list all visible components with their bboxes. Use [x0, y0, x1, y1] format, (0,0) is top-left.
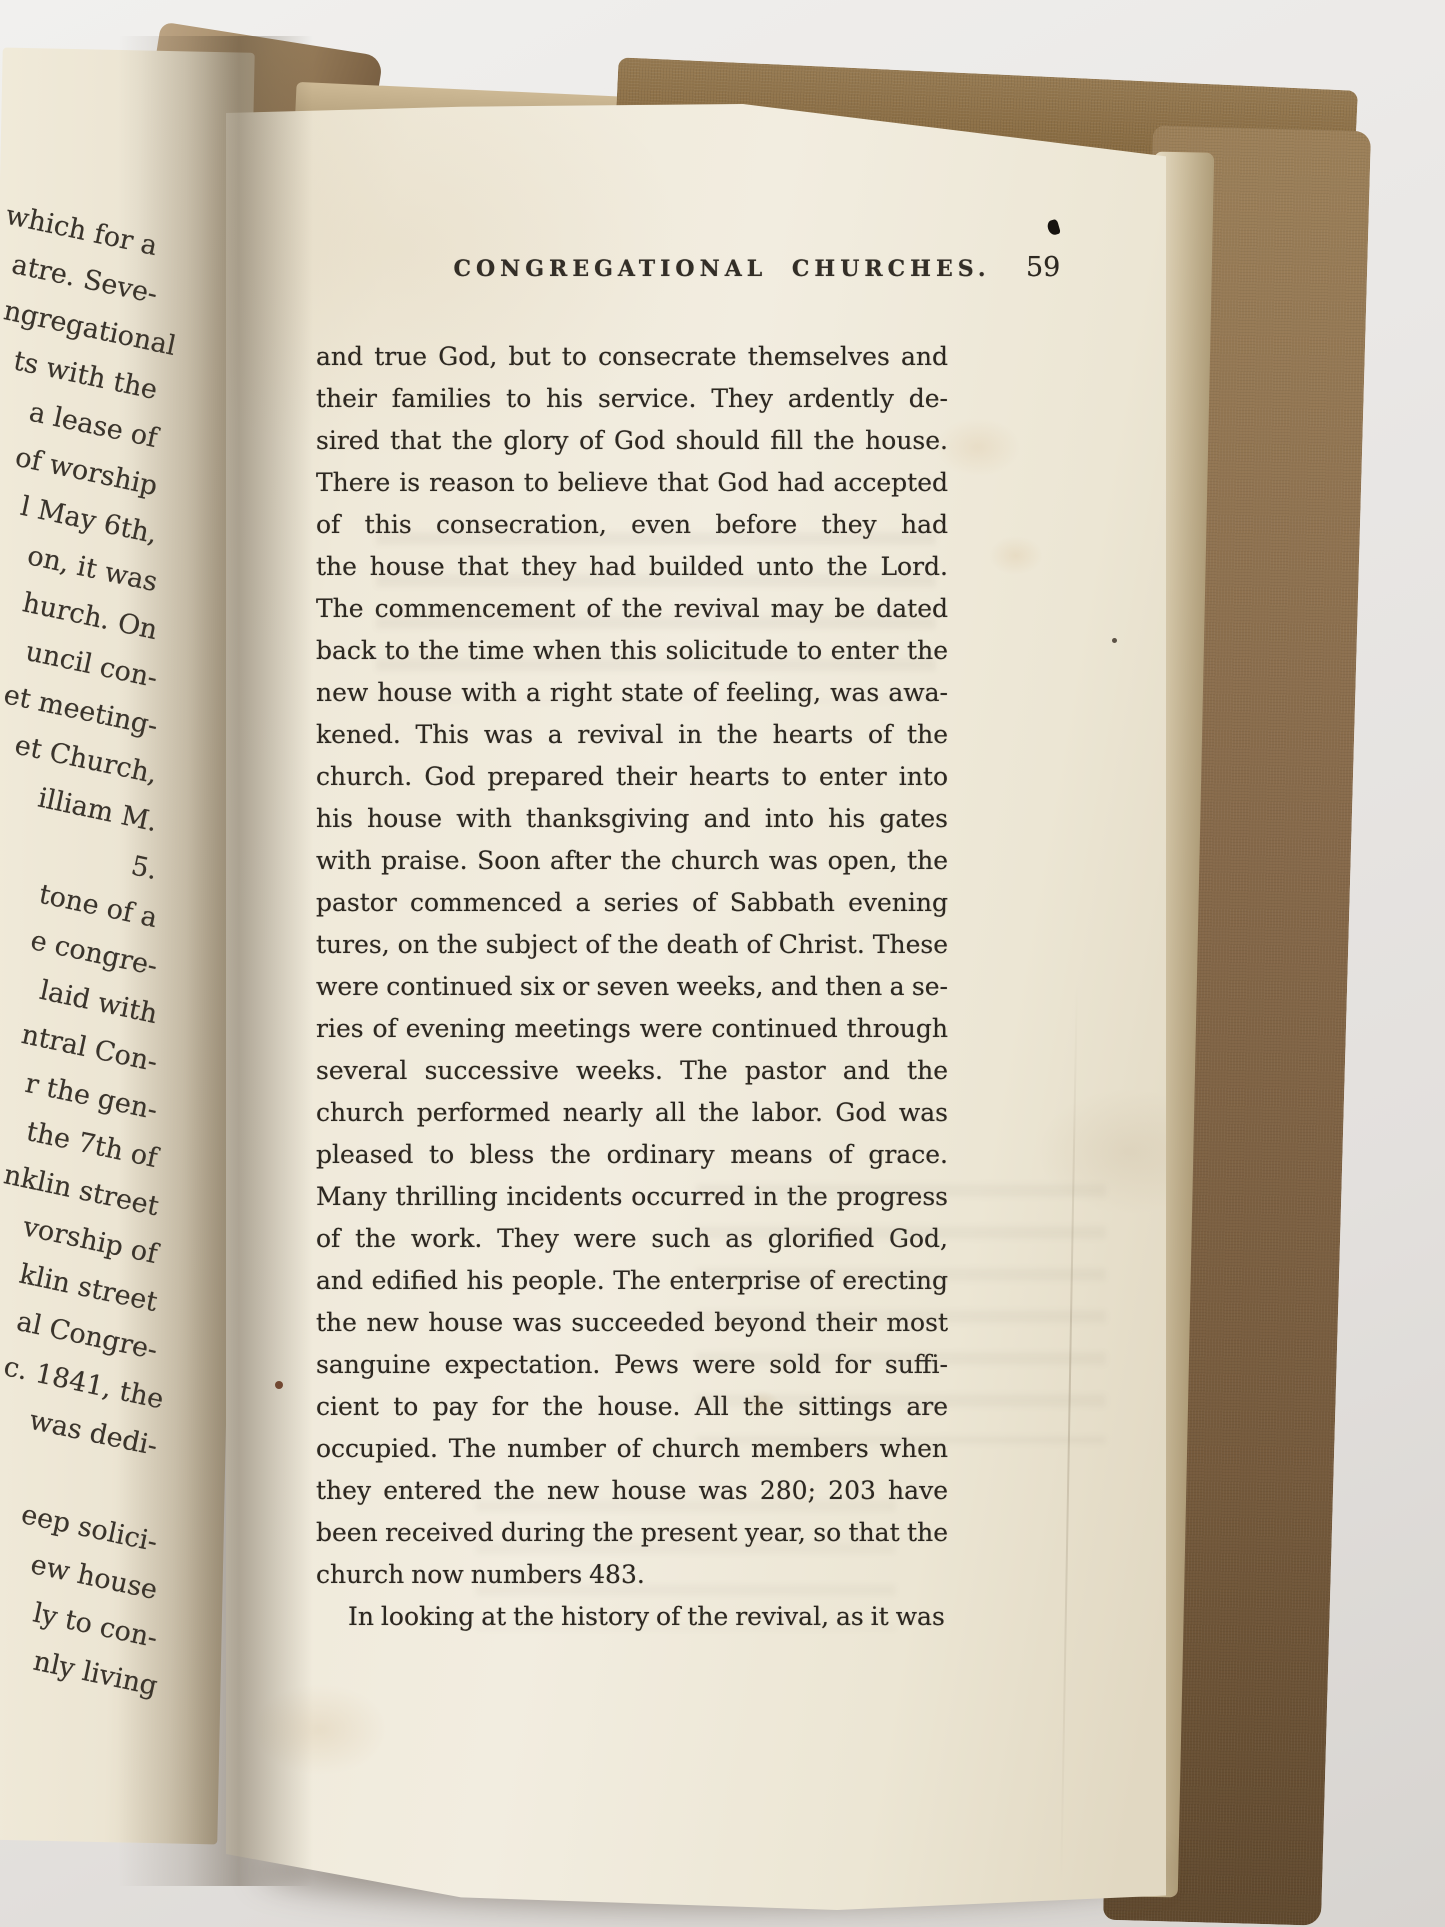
body-text-line: several successive weeks. The pastor and…: [316, 1050, 948, 1092]
body-text-line: the house that they had builded unto the…: [316, 546, 948, 588]
right-page: CONGREGATIONAL CHURCHES. 59 and true God…: [226, 104, 1166, 1910]
body-text-line: church. God prepared their hearts to ent…: [316, 756, 948, 798]
body-text-line: church performed nearly all the labor. G…: [316, 1092, 948, 1134]
body-text-line: of the work. They were such as glorified…: [316, 1218, 948, 1260]
page-crease: [1060, 984, 1078, 1884]
left-page-text-fragment: which for aatre. Seve-ngregationalts wit…: [0, 228, 164, 1716]
body-paragraph: In looking at the history of the revival…: [316, 1596, 948, 1638]
body-text-line: kened. This was a revival in the hearts …: [316, 714, 948, 756]
body-text-line: were continued six or seven weeks, and t…: [316, 966, 948, 1008]
body-text-line: with praise. Soon after the church was o…: [316, 840, 948, 882]
book-photo: which for aatre. Seve-ngregationalts wit…: [0, 0, 1445, 1927]
body-text-line: cient to pay for the house. All the sitt…: [316, 1386, 948, 1428]
page-number: 59: [1026, 252, 1096, 283]
body-text-line: and true God, but to consecrate themselv…: [316, 336, 948, 378]
body-text-line: of this consecration, even before they h…: [316, 504, 948, 546]
body-text-line: church now numbers 483.: [316, 1554, 948, 1596]
body-text-line: pleased to bless the ordinary means of g…: [316, 1134, 948, 1176]
body-text-line: sanguine expectation. Pews were sold for…: [316, 1344, 948, 1386]
body-paragraph: and true God, but to consecrate themselv…: [316, 336, 948, 1596]
body-text-line: Many thrilling incidents occurred in the…: [316, 1176, 948, 1218]
body-text-line: The commencement of the revival may be d…: [316, 588, 948, 630]
foxing-speck: [1112, 638, 1117, 643]
body-text-line: In looking at the history of the revival…: [316, 1596, 948, 1638]
body-text-line: occupied. The number of church members w…: [316, 1428, 948, 1470]
foxing-speck: [275, 1381, 283, 1389]
body-text-line: There is reason to believe that God had …: [316, 462, 948, 504]
body-text-line: tures, on the subject of the death of Ch…: [316, 924, 948, 966]
running-title: CONGREGATIONAL CHURCHES.: [422, 256, 1022, 282]
body-text-line: pastor commenced a series of Sabbath eve…: [316, 882, 948, 924]
page-body-text: and true God, but to consecrate themselv…: [316, 336, 948, 1638]
body-text-line: the new house was succeeded beyond their…: [316, 1302, 948, 1344]
body-text-line: back to the time when this solicitude to…: [316, 630, 948, 672]
body-text-line: and edified his people. The enterprise o…: [316, 1260, 948, 1302]
body-text-line: his house with thanksgiving and into his…: [316, 798, 948, 840]
body-text-line: new house with a right state of feeling,…: [316, 672, 948, 714]
body-text-line: sired that the glory of God should fill …: [316, 420, 948, 462]
body-text-line: they entered the new house was 280; 203 …: [316, 1470, 948, 1512]
body-text-line: ries of evening meetings were continued …: [316, 1008, 948, 1050]
ink-speck: [1046, 219, 1061, 236]
body-text-line: been received during the present year, s…: [316, 1512, 948, 1554]
body-text-line: their families to his service. They arde…: [316, 378, 948, 420]
